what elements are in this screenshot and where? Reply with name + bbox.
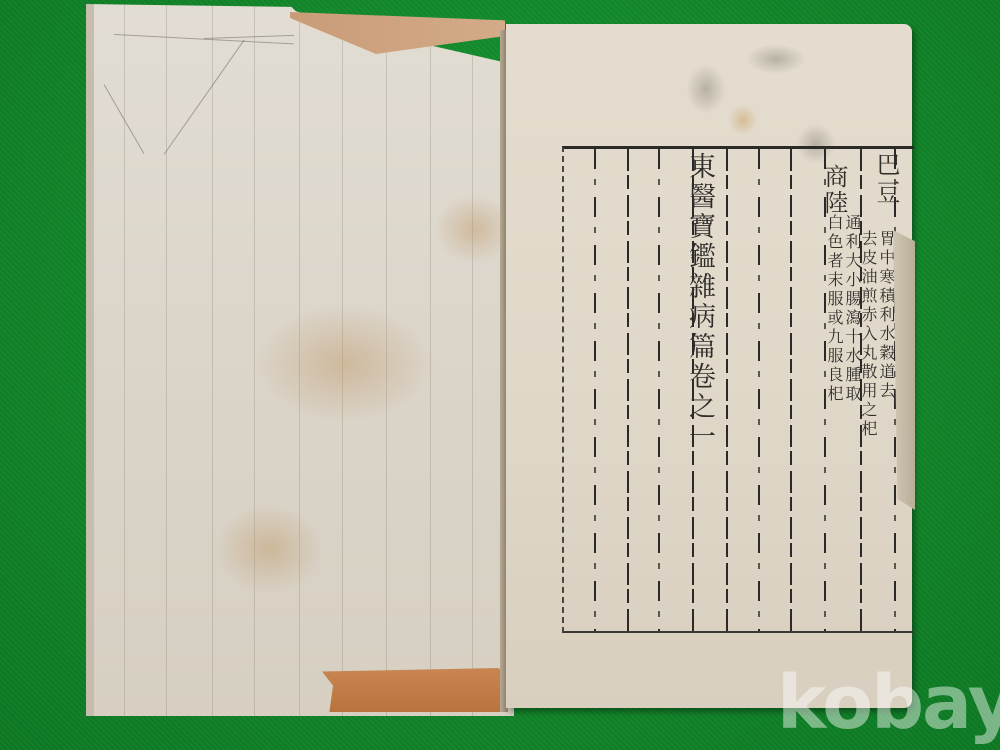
water-stain [254, 304, 434, 424]
column-rule [627, 149, 629, 631]
annotation-column: 通利大小腸瀉十水腫取 [844, 214, 860, 404]
paper-crease [204, 35, 294, 39]
paper-crease [164, 40, 245, 155]
paper-rule [472, 4, 473, 716]
annotation-column: 白色者末服或九服良𣏌 [826, 214, 842, 404]
paper-rule [212, 4, 213, 716]
column-rule [658, 149, 660, 631]
water-stain [214, 504, 324, 594]
column-rule [790, 149, 792, 631]
photo-scene: 東醫寶鑑雜病篇卷之一 巴豆 商陸 白色者末服或九服良𣏌 通利大小腸瀉十水腫取 去… [0, 0, 1000, 750]
left-endpaper-page [86, 4, 514, 716]
column-rule [726, 149, 728, 631]
entry-heading-shanglu: 商陸 [822, 164, 846, 216]
entry-heading-badou: 巴豆 [874, 152, 898, 208]
column-rule [594, 149, 596, 631]
volume-title: 東醫寶鑑雜病篇卷之一 [686, 152, 713, 452]
annotation-column: 去皮油煎赤入丸散用之𣏌 [860, 230, 876, 439]
ink-smudge [746, 44, 806, 74]
paper-rule [166, 4, 167, 716]
foxing-spot [728, 104, 758, 136]
paper-rule [124, 4, 125, 716]
kobay-watermark: kobay [777, 666, 1000, 740]
annotation-column: 胃中寒積利水穀道去 [878, 230, 894, 401]
ink-smudge [686, 64, 726, 114]
column-rule [758, 149, 760, 631]
repair-patch [322, 668, 506, 712]
